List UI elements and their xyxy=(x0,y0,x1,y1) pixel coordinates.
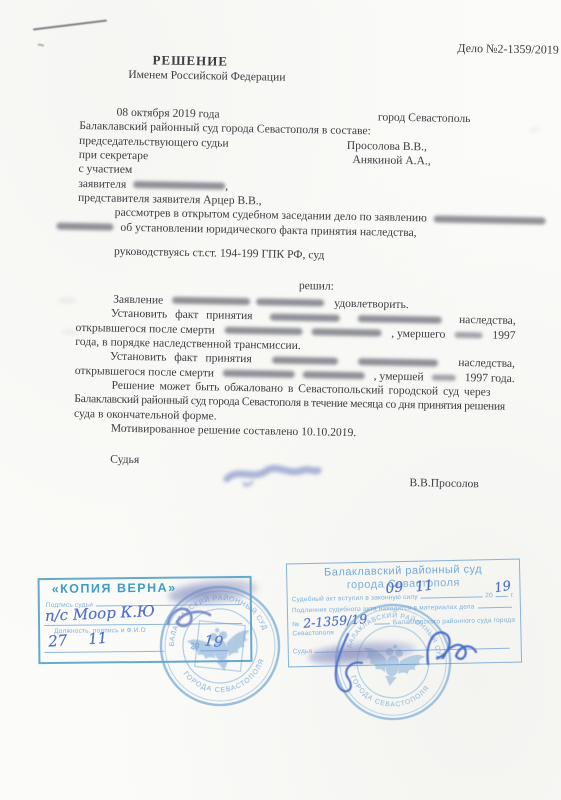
redaction-bar xyxy=(434,216,546,225)
pen-flourish-stroke xyxy=(336,634,362,691)
redaction-bar xyxy=(432,374,456,380)
r1-text-b: удовлетворить. xyxy=(334,296,409,312)
secretary-name: Анякиной А.А., xyxy=(352,153,431,169)
judge-name: В.В.Просолов xyxy=(409,476,479,492)
pen-stroke-mark xyxy=(33,19,107,30)
presiding-name: Просолова В.В., xyxy=(347,139,427,155)
pen-signature-stroke xyxy=(168,609,210,626)
redaction-bar xyxy=(133,181,225,190)
participation-text: с участием xyxy=(78,162,132,177)
case-no-label: № xyxy=(292,621,299,629)
scan-smudge xyxy=(58,298,76,303)
r10-text: Мотивированное решение составлено 10.10.… xyxy=(111,422,357,441)
copy-stamp-handwritten-name: п/с Моор К.Ю xyxy=(45,602,156,625)
pen-signature-right xyxy=(420,622,482,674)
redaction-bar xyxy=(272,356,338,364)
scan-smudge xyxy=(530,128,540,132)
judge-label: Судья xyxy=(110,453,139,468)
redaction-bar xyxy=(270,313,340,321)
year-prefix: 20 xyxy=(485,592,493,600)
decision-title-text: РЕШЕНИЕ xyxy=(152,54,228,70)
redaction-bar xyxy=(56,223,113,231)
guided-line: руководствуясь ст.ст. 194-199 ГПК РФ, су… xyxy=(77,244,517,266)
scan-smudge xyxy=(62,330,76,334)
redaction-bar xyxy=(303,371,365,379)
copy-stamp-hw-day: 27 xyxy=(48,631,68,650)
secretary-label: при секретаре xyxy=(79,148,149,164)
r1-text-a: Заявление xyxy=(113,292,163,307)
court-stamp-hw-month: 11 xyxy=(415,578,434,596)
guided-text: руководствуясь ст.ст. 194-199 ГПК РФ, су… xyxy=(114,245,325,263)
decision-subtitle-text: Именем Российской Федерации xyxy=(128,68,285,85)
r5-text-b: наследства, xyxy=(458,356,515,371)
redaction-bar xyxy=(358,358,438,366)
filler-line xyxy=(478,607,512,609)
redaction-bar xyxy=(455,332,483,339)
pen-signature-left xyxy=(158,594,228,638)
redaction-bar xyxy=(172,297,250,305)
redaction-bar xyxy=(312,328,382,336)
pen-flourish-below-stamp xyxy=(318,630,378,700)
redaction-bar xyxy=(357,315,441,324)
date-line xyxy=(421,596,482,598)
resolved-word: решил: xyxy=(299,280,334,295)
court-stamp-hw-year: 19 xyxy=(493,579,512,596)
applicant-label: заявителя xyxy=(78,177,126,192)
r6-text-c: 1997 года. xyxy=(465,371,515,386)
redaction-bar xyxy=(223,370,295,378)
r3-text-c: 1997 xyxy=(492,328,515,343)
r2-text-b: наследства, xyxy=(459,313,516,328)
pen-signature-stroke xyxy=(427,632,476,664)
r3-text-b: , умершего xyxy=(391,326,445,341)
applicant-comma: , xyxy=(225,179,228,193)
copy-stamp-hw-month: 11 xyxy=(88,629,108,648)
r6-text-b: , умершей xyxy=(374,369,424,384)
redaction-bar xyxy=(256,299,324,307)
decision-text-block: Дело №2-1359/2019 РЕШЕНИЕ Именем Российс… xyxy=(73,34,521,492)
date-line xyxy=(44,651,164,653)
redaction-bar xyxy=(224,327,302,335)
scanned-court-decision-page: Дело №2-1359/2019 РЕШЕНИЕ Именем Российс… xyxy=(0,0,561,800)
court-stamp-hw-day: 09 xyxy=(385,579,404,597)
year-line xyxy=(496,596,508,597)
pen-dot-mark xyxy=(38,43,44,46)
case-number-text: Дело №2-1359/2019 xyxy=(457,41,559,57)
